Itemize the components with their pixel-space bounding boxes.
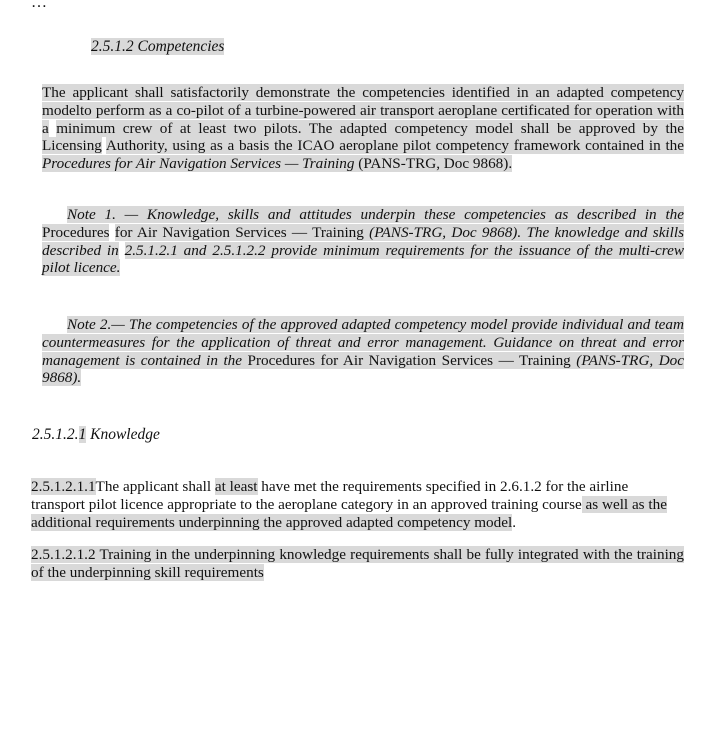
ellipsis: … — [31, 0, 49, 12]
paragraph-2-5-1-2-1-2: 2.5.1.2.1.2 Training in the underpinning… — [31, 546, 684, 582]
section-heading: 2.5.1.2 Competencies — [91, 38, 224, 56]
note-1: Note 1. — Knowledge, skills and attitude… — [42, 206, 684, 277]
paragraph-2-5-1-2-1-1: 2.5.1.2.1.1The applicant shall at least … — [31, 478, 684, 531]
note-2: Note 2.— The competencies of the approve… — [42, 316, 684, 387]
subsection-heading: 2.5.1.2.1 Knowledge — [32, 426, 160, 444]
competencies-paragraph: The applicant shall satisfactorily demon… — [42, 84, 684, 173]
